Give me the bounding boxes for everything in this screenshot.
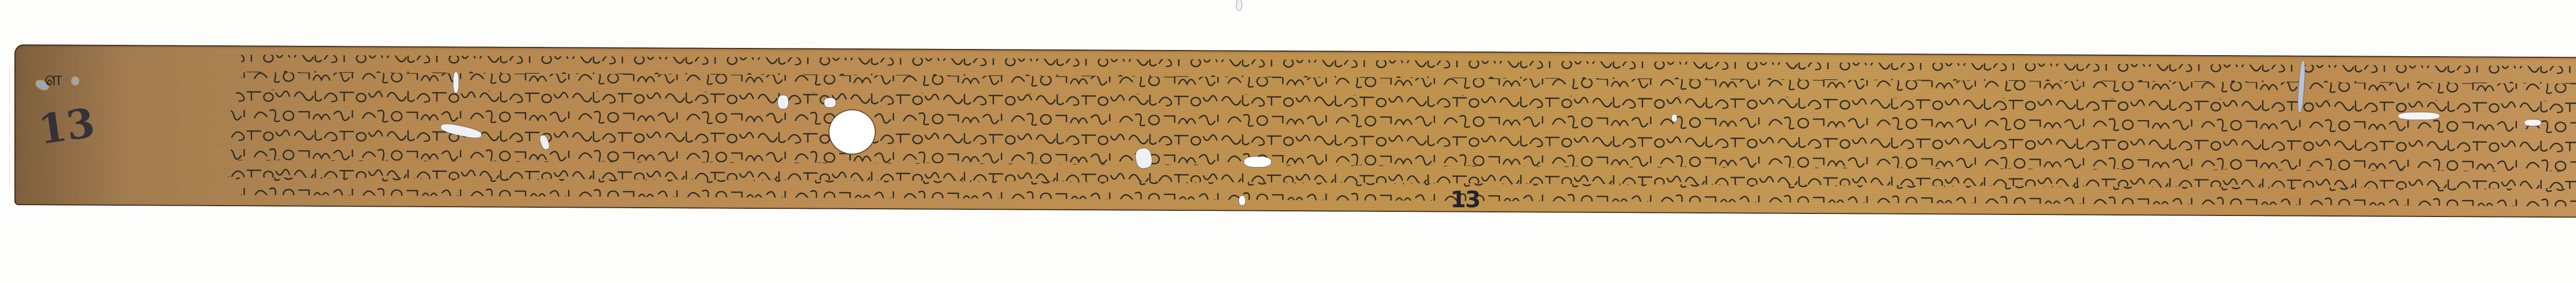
insect-damage [2398, 112, 2439, 120]
folio-number-left: 13 [36, 99, 97, 154]
binding-hole [829, 110, 875, 154]
insect-damage [778, 95, 788, 109]
insect-damage [824, 98, 836, 107]
insect-damage [1236, 0, 1242, 10]
insect-damage [1239, 196, 1245, 205]
manuscript-text-lines [14, 44, 2576, 219]
folio-letter-left: ள [44, 67, 62, 93]
insect-damage [1244, 157, 1271, 167]
palm-leaf [14, 44, 2576, 219]
margin-hole [72, 77, 78, 85]
insect-damage [1672, 114, 1677, 122]
folio-number-bottom: 13 [1450, 187, 1480, 213]
insect-damage [2524, 120, 2541, 126]
insect-damage [453, 72, 459, 93]
